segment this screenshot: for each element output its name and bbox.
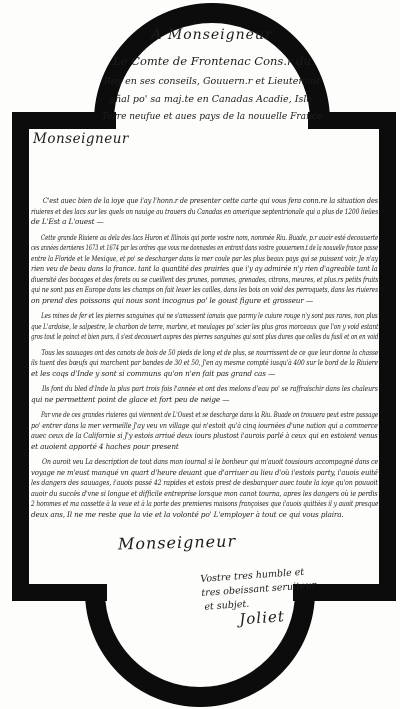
body-line: 2 hommes et ma cassette à la veue et à l…	[31, 499, 313, 510]
body-line: voyage ne m'eust manqué vn quart d'heure…	[31, 468, 358, 479]
body-line: qui ne permettent point de glace et fort…	[31, 395, 378, 406]
salutation: Monseigneur	[33, 131, 129, 147]
body-line: riuieres et des lacs sur les quels on na…	[31, 207, 314, 218]
signature-block: Vostre tres humble et tres obeissant ser…	[200, 565, 319, 629]
body-line: Par vne de ces grandes riuieres qui vien…	[31, 410, 297, 421]
body-line: ces années dernieres 1673 et 1674 par le…	[31, 243, 276, 254]
body-line: que L'ardoise, le salpestre, le charbon …	[31, 322, 305, 333]
body-line: Ils font du bled d'Inde la plus part tro…	[31, 384, 325, 395]
body-line: Cette grande Riuiere au dela des lacs Hu…	[31, 233, 296, 244]
body-line: de L'Est a L'ouest —	[31, 217, 378, 228]
body-line: et auoient apporté 4 haches pour present	[31, 442, 378, 453]
dedication-recipient: Le Comte de Frontenac Cons.r du	[92, 54, 332, 68]
body-line: qui ne sont pas en Europe dans les champ…	[31, 285, 309, 296]
body-line: auec ceux de la Californie si J'y estois…	[31, 431, 348, 442]
dedication-heading: A Monseigneur	[97, 27, 327, 43]
body-line: on prend des poissons qui nous sont inco…	[31, 296, 378, 307]
body-line: On auroit veu La description de tout dan…	[31, 457, 325, 468]
body-line: po' entrer dans la mer vermeille J'ay ve…	[31, 421, 335, 432]
body-line: auoir du succès d'vne si longue et diffi…	[31, 489, 337, 500]
letter-body: C'est auec bien de la ioye que i'ay l'ho…	[31, 196, 378, 520]
dedication-titles-3: Terre neufue et aues pays de la nouuelle…	[88, 112, 336, 122]
dedication-titles-1: Roy en ses conseils, Gouuern.r et Lieute…	[92, 76, 332, 87]
dedication-titles-2: gñal po' sa maj.te en Canadas Acadie, Is…	[92, 94, 332, 105]
body-line: C'est auec bien de la ioye que i'ay l'ho…	[31, 196, 344, 207]
body-line: deux ans, Il ne me reste que la vie et l…	[31, 510, 378, 521]
body-line: entre la Floride et le Mexique, et po' s…	[31, 254, 310, 265]
body-line: ils tuent des bœufs qui marchent par ban…	[31, 358, 319, 369]
closing-salutation: Monseigneur	[118, 531, 237, 553]
body-line: gros tout le poinct et bien purs, il s'e…	[31, 332, 289, 343]
body-line: et les coqs d'Inde y sont si communs qu'…	[31, 369, 378, 380]
manuscript-page: A Monseigneur Le Comte de Frontenac Cons…	[0, 0, 400, 709]
body-line: Les mines de fer et les pierres sanguine…	[31, 311, 300, 322]
body-line: diuersité des bocages et des forets ou s…	[31, 275, 310, 286]
body-line: Tous les sauuages ont des canots de bois…	[31, 348, 308, 359]
letter-content: A Monseigneur Le Comte de Frontenac Cons…	[0, 0, 400, 709]
body-line: rien veu de beau dans la france. tant la…	[31, 264, 350, 275]
body-line: les dangers des sauuages, i'auois passé …	[31, 478, 330, 489]
